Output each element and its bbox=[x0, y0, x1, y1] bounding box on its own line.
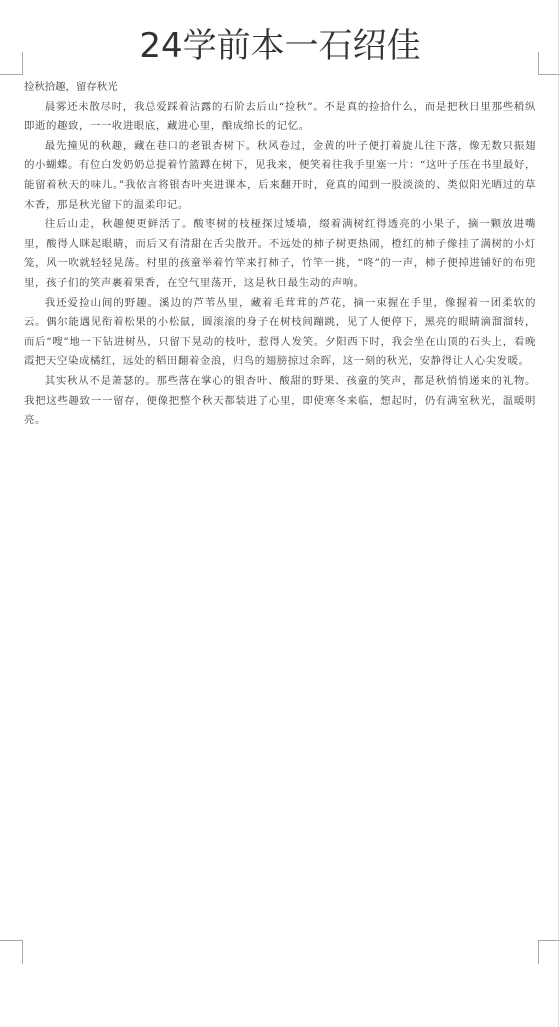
page-title: 24学前本一石绍佳 bbox=[0, 24, 560, 68]
page-edge-line bbox=[558, 0, 559, 1027]
paragraph: 其实秋从不是萧瑟的。那些落在掌心的银杏叶、酸甜的野果、孩童的笑声，都是秋悄悄递来… bbox=[24, 372, 536, 431]
document-body: 捡秋拾趣，留存秋光 晨雾还未散尽时，我总爱踩着沾露的石阶去后山“捡秋”。不是真的… bbox=[24, 78, 536, 431]
crop-mark-bottom-left bbox=[0, 940, 23, 964]
crop-mark-bottom-right bbox=[538, 940, 560, 964]
paragraph: 往后山走，秋趣便更鲜活了。酸枣树的枝桠探过矮墙，缀着满树红得透亮的小果子，摘一颗… bbox=[24, 215, 536, 293]
paragraph: 最先撞见的秋趣，藏在巷口的老银杏树下。秋风卷过，金黄的叶子便打着旋儿往下落，像无… bbox=[24, 137, 536, 215]
crop-mark-top-right bbox=[538, 52, 560, 75]
essay-heading: 捡秋拾趣，留存秋光 bbox=[24, 78, 536, 98]
paragraph: 晨雾还未散尽时，我总爱踩着沾露的石阶去后山“捡秋”。不是真的捡拾什么，而是把秋日… bbox=[24, 98, 536, 137]
crop-mark-top-left bbox=[0, 52, 23, 75]
paragraph: 我还爱捡山间的野趣。溪边的芦苇丛里，藏着毛茸茸的芦花，摘一束握在手里，像握着一团… bbox=[24, 294, 536, 372]
